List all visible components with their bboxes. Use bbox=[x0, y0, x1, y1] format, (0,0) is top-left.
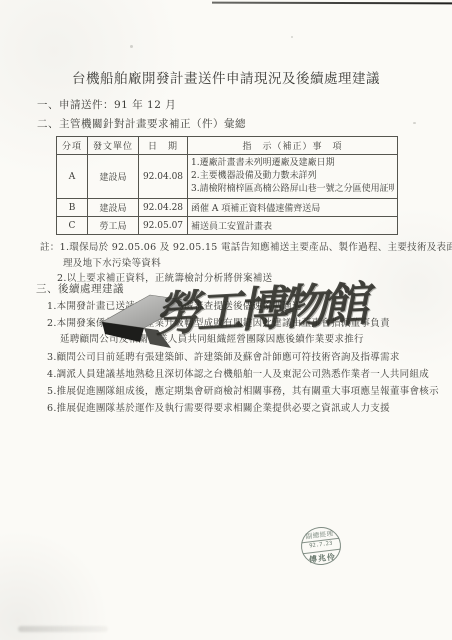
recommendation-2: 2.本開發案係攸關未來產業升級轉型成敗有關鍵因此建議由董事會指派董事負責 bbox=[47, 315, 390, 329]
header-item-no: 分項 bbox=[57, 137, 88, 155]
section-1-heading: 一、申請送件：91 年 12 月 bbox=[37, 97, 176, 112]
note-line-1: 註：1.環保局於 92.05.06 及 92.05.15 電話告知應補送主要產品… bbox=[40, 239, 440, 253]
scan-speck bbox=[130, 45, 133, 48]
row-a-instructions: 1.遷廠計畫書未列明遷廠及建廠日期 2.主要機器設備及動力數未詳列 3.請檢附楠… bbox=[188, 155, 398, 199]
recommendation-1: 1.本開發計畫已送請市府相關局處審查提送後儘速協調通過 bbox=[47, 298, 302, 312]
row-a-instruction-2: 2.主要機器設備及動力數未詳列 bbox=[191, 170, 394, 183]
approval-stamp: 副總經理 92.7.23 傅兆伶 bbox=[299, 525, 343, 568]
table-header-row: 分項 發文單位 日 期 指 示（補正）事 項 bbox=[57, 137, 398, 155]
note-line-2: 理及地下水污染等資料 bbox=[63, 255, 161, 269]
row-a-date: 92.04.08 bbox=[139, 155, 188, 199]
row-a-instruction-1: 1.遷廠計畫書未列明遷廠及建廠日期 bbox=[191, 157, 394, 170]
scan-artifact-line bbox=[212, 2, 452, 5]
header-instructions: 指 示（補正）事 項 bbox=[188, 137, 398, 155]
row-a-instruction-3: 3.請檢附楠梓區高楠公路屏山巷一號之分區使用証明 bbox=[191, 183, 394, 196]
recommendation-6: 6.推展促進團隊基於運作及執行需要得要求相關企業提供必要之資訊或人力支援 bbox=[47, 400, 390, 414]
row-c-unit: 勞工局 bbox=[88, 217, 139, 235]
table-row: C 勞工局 92.05.07 補送員工安置計畫表 bbox=[57, 217, 398, 235]
row-b-instructions: 函催 A 項補正資料儘速備齊送局 bbox=[188, 199, 398, 217]
scan-speck bbox=[413, 122, 416, 124]
section-2-heading: 二、主管機關針對計畫要求補正（件）彙總 bbox=[37, 116, 246, 131]
section-3-heading: 三、後續處理建議 bbox=[36, 281, 124, 296]
header-issuing-unit: 發文單位 bbox=[88, 137, 139, 155]
table-row: A 建設局 92.04.08 1.遷廠計畫書未列明遷廠及建廠日期 2.主要機器設… bbox=[57, 155, 398, 199]
recommendation-4: 4.調派人員建議基地熟稔且深切体認之台機船舶一人及東泥公司熟悉作業者一人共同組成 bbox=[47, 366, 429, 380]
row-c-instructions: 補送員工安置計畫表 bbox=[188, 217, 398, 235]
recommendation-5: 5.推展促進團隊組成後，應定期集會研商檢討相關事務，其有關重大事項應呈報董事會核… bbox=[47, 383, 439, 397]
document-title: 台機船舶廠開發計畫送件申請現況及後續處理建議 bbox=[0, 67, 452, 87]
row-b-item: B bbox=[57, 199, 88, 217]
row-a-unit: 建設局 bbox=[88, 155, 139, 199]
header-date: 日 期 bbox=[139, 137, 188, 155]
table-row: B 建設局 92.04.28 函催 A 項補正資料儘速備齊送局 bbox=[57, 199, 398, 217]
scanned-document-page: { "page": { "title": "台機船舶廠開發計畫送件申請現況及後續… bbox=[0, 0, 452, 640]
row-b-date: 92.04.28 bbox=[139, 199, 188, 217]
row-c-date: 92.05.07 bbox=[139, 217, 188, 235]
recommendation-2-continued: 延聘顧問公司及相關企業人員共同組織經營團隊因應後續作業要求推行 bbox=[60, 331, 364, 345]
row-b-unit: 建設局 bbox=[88, 199, 139, 217]
scan-smudge bbox=[18, 626, 108, 632]
row-c-item: C bbox=[57, 217, 88, 235]
correction-summary-table: 分項 發文單位 日 期 指 示（補正）事 項 A 建設局 92.04.08 1.… bbox=[56, 136, 398, 235]
recommendation-3: 3.顧問公司目前延聘有張建築師、許建築師及蘇會計師應可符技術咨詢及指導需求 bbox=[47, 349, 400, 363]
scan-speck bbox=[291, 36, 293, 38]
row-a-item: A bbox=[57, 155, 88, 199]
